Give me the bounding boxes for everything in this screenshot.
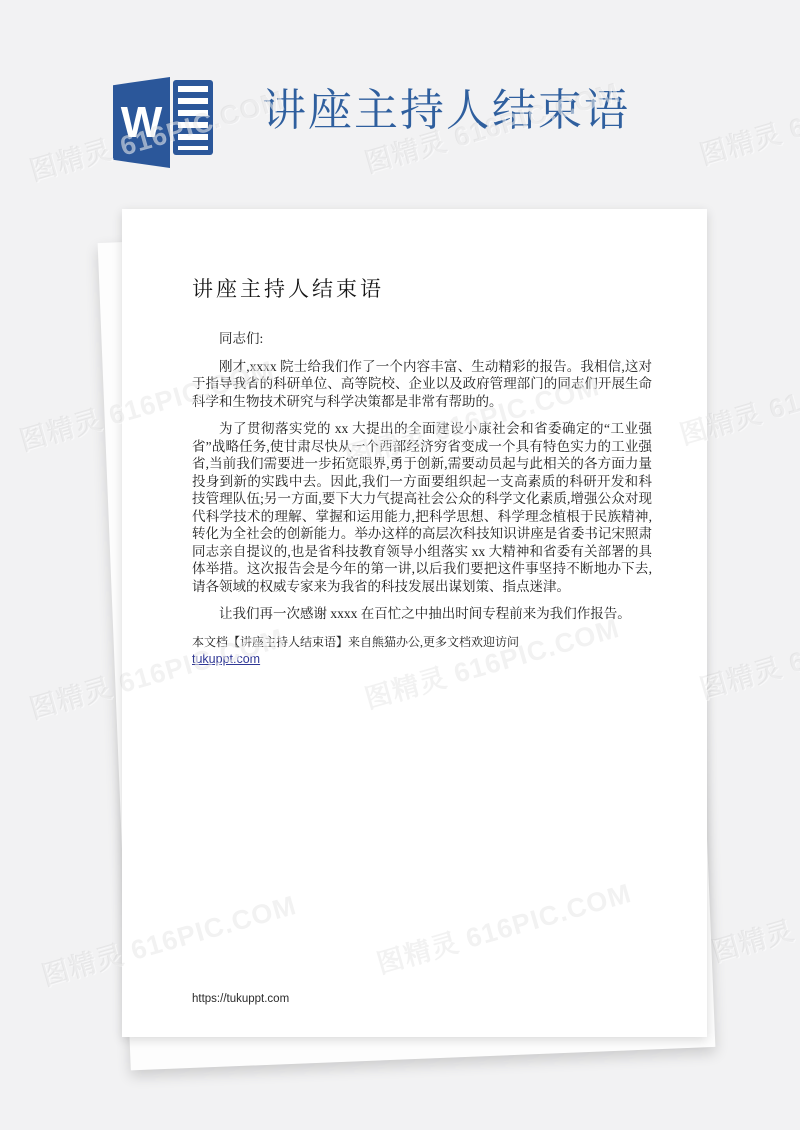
document-paragraph: 刚才,xxxx 院士给我们作了一个内容丰富、生动精彩的报告。我相信,这对于指导我…	[192, 358, 652, 411]
document-page: 讲座主持人结束语 同志们: 刚才,xxxx 院士给我们作了一个内容丰富、生动精彩…	[122, 209, 707, 1037]
watermark-text: 图精灵 616PIC.COM	[695, 596, 800, 706]
watermark-text: 图精灵 616PIC.COM	[707, 859, 800, 969]
document-paragraph: 让我们再一次感谢 xxxx 在百忙之中抽出时间专程前来为我们作报告。	[192, 605, 652, 623]
word-document-sheet-icon	[173, 80, 213, 155]
paragraphs-container: 刚才,xxxx 院士给我们作了一个内容丰富、生动精彩的报告。我相信,这对于指导我…	[192, 358, 652, 623]
page-footer-url: https://tukuppt.com	[192, 993, 289, 1005]
document-body: 同志们: 刚才,xxxx 院士给我们作了一个内容丰富、生动精彩的报告。我相信,这…	[192, 330, 652, 668]
document-title: 讲座主持人结束语	[192, 279, 384, 300]
header: W 讲座主持人结束语	[0, 0, 800, 200]
word-w-panel-icon: W	[113, 77, 170, 168]
page-title: 讲座主持人结束语	[262, 86, 630, 137]
salutation: 同志们:	[192, 330, 652, 348]
source-note: 本文档【讲座主持人结束语】来自熊猫办公,更多文档欢迎访问	[192, 635, 652, 650]
word-letter: W	[121, 101, 163, 145]
word-icon: W	[113, 77, 213, 168]
document-paragraph: 为了贯彻落实党的 xx 大提出的全面建设小康社会和省委确定的“工业强省”战略任务…	[192, 420, 652, 595]
preview-canvas: W 讲座主持人结束语 讲座主持人结束语 同志们: 刚才,xxxx 院士给我们作了…	[0, 0, 800, 1130]
source-link[interactable]: tukuppt.com	[192, 651, 260, 669]
word-document-lines-icon	[178, 86, 208, 150]
